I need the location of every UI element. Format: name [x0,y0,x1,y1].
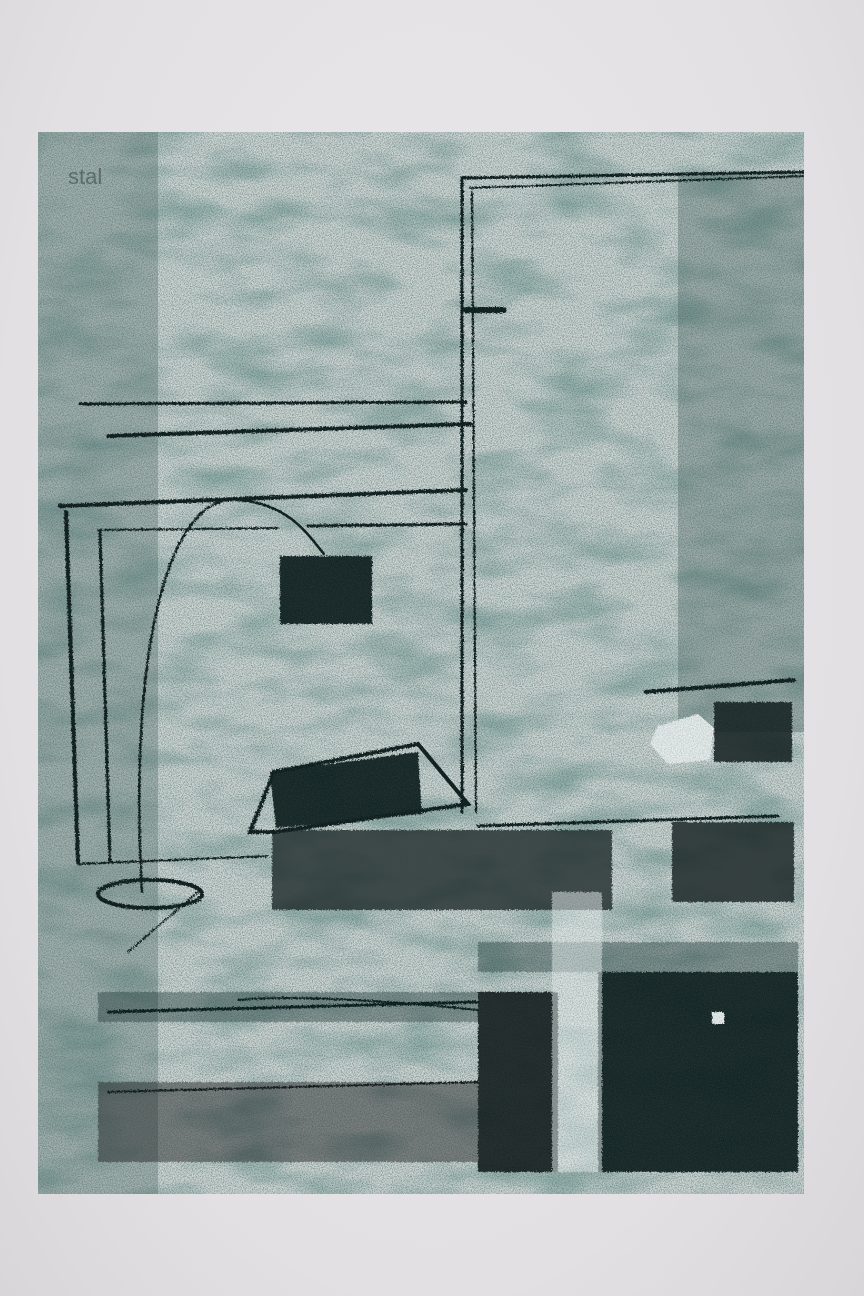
print-drawing: stal [38,132,804,1194]
monoprint-artwork: stal [38,132,804,1194]
